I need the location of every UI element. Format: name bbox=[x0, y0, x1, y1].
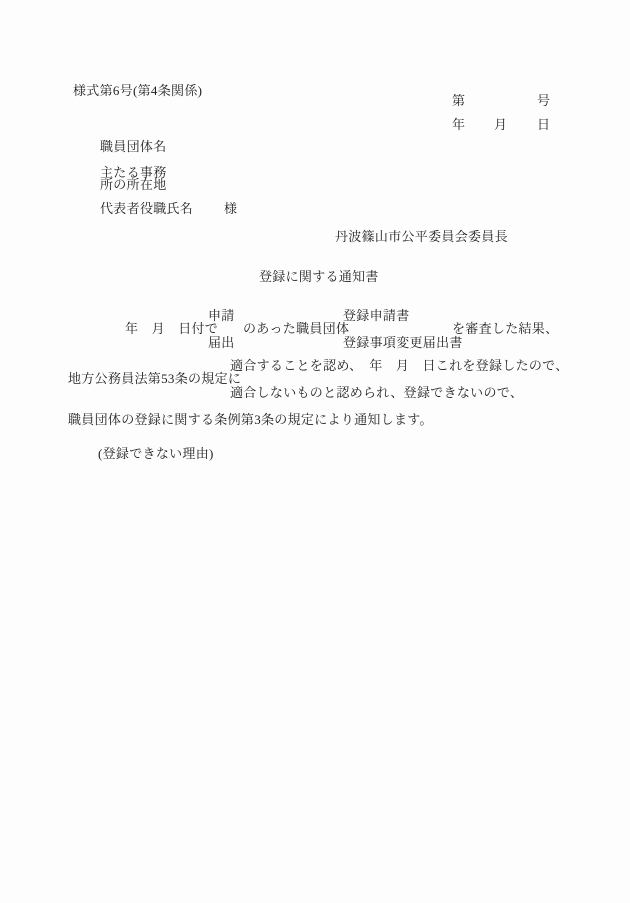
office-address-label-line2: 所の所在地 bbox=[100, 178, 167, 191]
honorific-sama: 様 bbox=[224, 202, 237, 215]
p1-alt-application: 申請 bbox=[208, 309, 235, 322]
p1-alt-registration-form: 登録申請書 bbox=[343, 309, 410, 322]
document-title: 登録に関する通知書 bbox=[259, 270, 379, 283]
p1-middle-text: のあった職員団体 bbox=[243, 322, 349, 335]
p1-tail-text: を審査した結果、 bbox=[452, 322, 558, 335]
p1-alt-notification: 届出 bbox=[208, 336, 235, 349]
reason-label: (登録できない理由) bbox=[98, 447, 214, 460]
date-day-label: 日 bbox=[537, 118, 550, 131]
p2-law-reference: 地方公務員法第53条の規定に bbox=[68, 372, 241, 385]
p1-date-part: 年 月 日付で bbox=[125, 322, 218, 335]
p2-alt-rejected: 適合しないものと認められ、登録できないので、 bbox=[230, 386, 523, 399]
org-name-label: 職員団体名 bbox=[100, 140, 167, 153]
sender-title: 丹波篠山市公平委員会委員長 bbox=[335, 230, 508, 243]
p1-alt-change-form: 登録事項変更届出書 bbox=[343, 336, 463, 349]
form-page: 様式第6号(第4条関係) 第 号 年 月 日 職員団体名 主たる事務 所の所在地… bbox=[0, 0, 630, 903]
form-number: 様式第6号(第4条関係) bbox=[73, 84, 202, 97]
date-year-label: 年 bbox=[452, 118, 465, 131]
p2-alt-approved: 適合することを認め、 年 月 日これを登録したので、 bbox=[230, 359, 569, 372]
date-month-label: 月 bbox=[494, 118, 507, 131]
representative-label: 代表者役職氏名 bbox=[100, 202, 193, 215]
doc-number-suffix: 号 bbox=[537, 94, 550, 107]
doc-number-prefix: 第 bbox=[452, 94, 465, 107]
notify-sentence: 職員団体の登録に関する条例第3条の規定により通知します。 bbox=[68, 413, 433, 426]
